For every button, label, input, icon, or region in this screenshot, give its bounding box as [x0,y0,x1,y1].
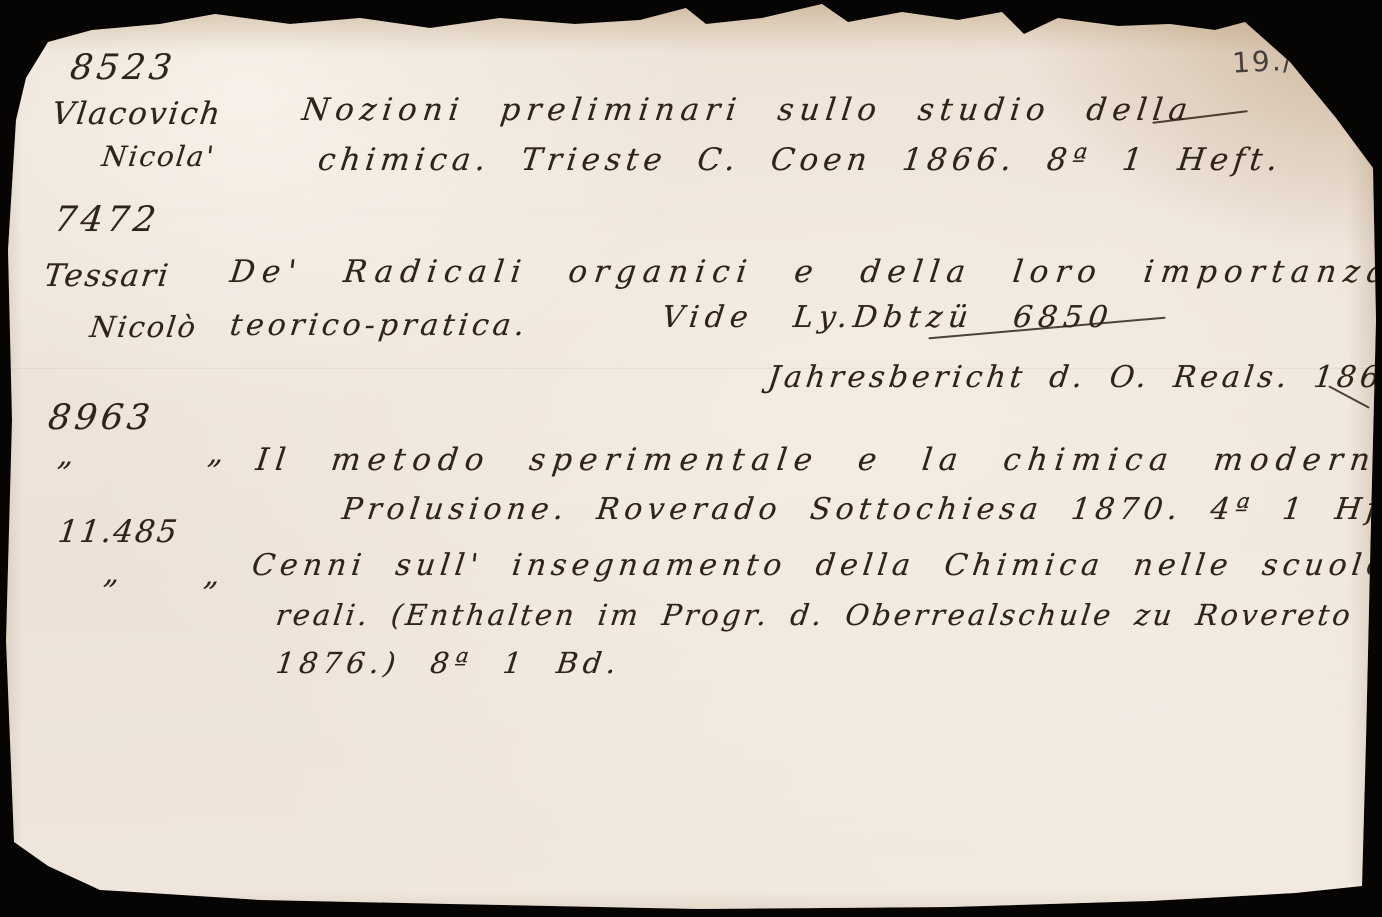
scan-background: 19./88 8523 Vlacovich Nicola' Nozioni pr… [0,0,1382,917]
entry-1-title-line1: Nozioni preliminari sullo studio della [300,92,1195,128]
entry-2-author-surname: Tessari [42,258,172,294]
entry-4-ditto-author: „ [102,556,122,591]
entry-1-title-line2: chimica. Trieste C. Coen 1866. 8ª 1 Heft… [316,142,1284,178]
archival-number: 19./88 [1231,41,1334,79]
entry-4-ditto-title: „ [202,558,222,593]
entry-3-title-line2: Prolusione. Roverado Sottochiesa 1870. 4… [340,492,1382,527]
entry-3-ditto-author: „ [56,438,76,473]
entry-4-number: 11.485 [56,514,181,550]
entry-2-cross-reference: Vide Ly.Dbtzü 6850 [660,300,1116,335]
entry-2-author-forename: Nicolò [88,310,199,344]
entry-2-title-line1: De' Radicali organici e della loro impor… [228,254,1382,290]
entry-3-ditto-title: „ [206,436,226,471]
entry-2-title-line2: teorico-pratica. [228,308,530,343]
entry-2-number: 7472 [52,200,162,240]
entry-1-author-forename: Nicola' [100,140,217,173]
entry-4-title-line3: 1876.) 8ª 1 Bd. [274,646,623,680]
entry-1-author-surname: Vlacovich [50,96,224,132]
entry-3-title-line1: Il metodo sperimentale e la chimica mode… [254,442,1382,478]
paper-sheet: 19./88 8523 Vlacovich Nicola' Nozioni pr… [0,0,1382,917]
entry-2-source-note: Jahresbericht d. O. Reals. 1863. [766,360,1382,395]
entry-4-title-line2: reali. (Enthalten im Progr. d. Oberreals… [274,598,1355,632]
entry-3-number: 8963 [46,398,156,438]
entry-4-title-line1: Cenni sull' insegnamento della Chimica n… [250,548,1382,583]
entry-1-number: 8523 [68,48,178,88]
